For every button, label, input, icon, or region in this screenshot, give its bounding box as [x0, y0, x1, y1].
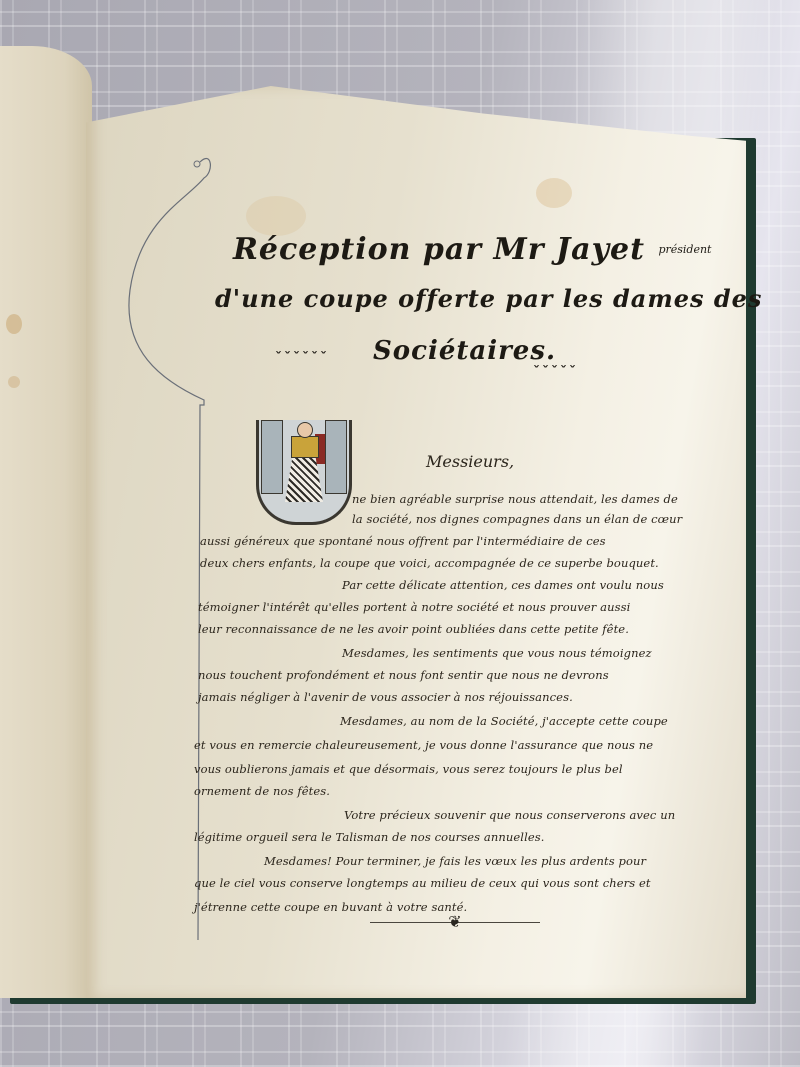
letter-line: ornement de nos fêtes.	[194, 784, 330, 798]
title-text: Réception par Mr Jayet	[233, 232, 645, 267]
letter-line: Votre précieux souvenir que nous conserv…	[344, 808, 675, 822]
photo-scene: Réception par Mr Jayet président d'une c…	[0, 0, 800, 1067]
initial-pillar	[325, 420, 347, 494]
title-decoration-right: ˇˇˇˇˇ	[533, 364, 578, 380]
foxing-stain	[246, 196, 306, 236]
title-line-1: Réception par Mr Jayet président	[233, 232, 711, 267]
letter-line: la société, nos dignes compagnes dans un…	[352, 512, 682, 526]
foxing-stain	[6, 314, 22, 334]
foxing-stain	[8, 376, 20, 388]
left-page	[0, 46, 92, 998]
letter-line: nous touchent profondément et nous font …	[198, 668, 609, 682]
letter-line: deux chers enfants, la coupe que voici, …	[200, 556, 659, 570]
fleuron-ornament-icon: ❦	[444, 912, 466, 932]
figure-head	[297, 422, 313, 438]
figure-bodice	[291, 436, 319, 458]
letter-line: leur reconnaissance de ne les avoir poin…	[198, 622, 629, 636]
illuminated-initial-u-icon	[256, 420, 352, 525]
initial-pillar	[261, 420, 283, 494]
letter-line: témoigner l'intérêt qu'elles portent à n…	[198, 600, 630, 614]
foxing-stain	[536, 178, 572, 208]
title-decoration-left: ˇˇˇˇˇˇ	[275, 350, 329, 366]
letter-line: ne bien agréable surprise nous attendait…	[352, 492, 678, 506]
letter-line: aussi généreux que spontané nous offrent…	[200, 534, 606, 548]
letter-line: et vous en remercie chaleureusement, je …	[194, 738, 653, 752]
title-note-president: président	[658, 243, 711, 256]
letter-line: jamais négliger à l'avenir de vous assoc…	[198, 690, 573, 704]
closing-divider: ❦	[370, 912, 540, 932]
letter-line: que le ciel vous conserve longtemps au m…	[194, 876, 651, 890]
letter-line: Par cette délicate attention, ces dames …	[342, 578, 664, 592]
letter-line: Mesdames, au nom de la Société, j'accept…	[340, 714, 668, 728]
letter-line: Mesdames, les sentiments que vous nous t…	[342, 646, 652, 660]
title-line-2: d'une coupe offerte par les dames des	[215, 284, 762, 313]
salutation: Messieurs,	[426, 452, 514, 471]
title-line-3: Sociétaires.	[373, 336, 556, 366]
letter-line: Mesdames! Pour terminer, je fais les vœu…	[264, 854, 646, 868]
letter-line: légitime orgueil sera le Talisman de nos…	[194, 830, 545, 844]
letter-line: vous oublierons jamais et que désormais,…	[194, 762, 623, 776]
